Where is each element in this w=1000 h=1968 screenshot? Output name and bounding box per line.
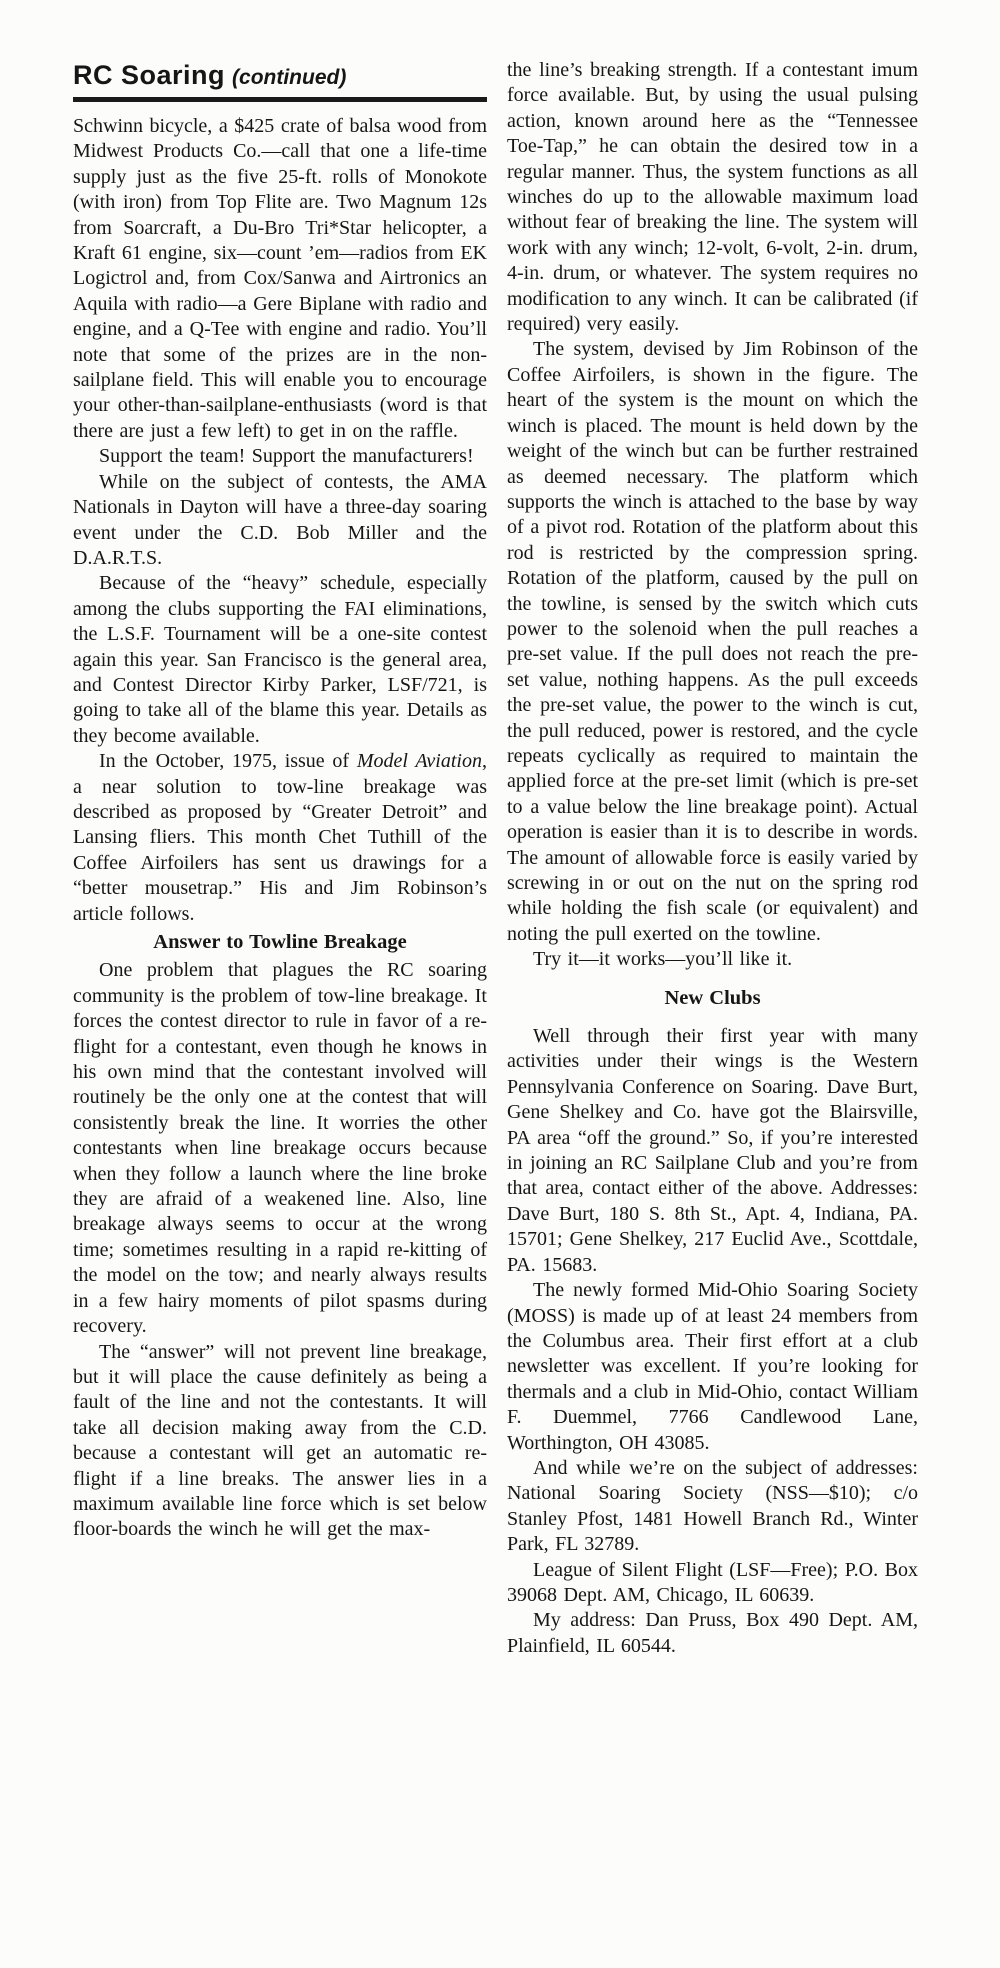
paragraph: Well through their first year with many … [507,1024,918,1278]
paragraph-text: , a near solution to tow-line breakage w… [73,750,487,924]
paragraph: Try it—it works—you’ll like it. [507,947,918,972]
section-heading-new-clubs: New Clubs [507,986,918,1011]
page-title: RC Soaring [73,60,225,90]
continued-label: (continued) [232,66,346,89]
paragraph: Schwinn bicycle, a $425 crate of balsa w… [73,114,487,444]
right-column: the line’s breaking strength. If a conte… [507,58,918,1659]
paragraph: And while we’re on the subject of addres… [507,1456,918,1558]
paragraph: My address: Dan Pruss, Box 490 Dept. AM,… [507,1608,918,1659]
paragraph-text: In the October, 1975, issue of [99,750,357,772]
paragraph: League of Silent Flight (LSF—Free); P.O.… [507,1558,918,1609]
paragraph: the line’s breaking strength. If a conte… [507,58,918,337]
left-column: RC Soaring(continued) Schwinn bicycle, a… [73,60,487,1543]
article-header: RC Soaring(continued) [73,60,487,102]
magazine-page: RC Soaring(continued) Schwinn bicycle, a… [0,0,1000,1968]
paragraph: Because of the “heavy” schedule, especia… [73,571,487,749]
section-heading-towline: Answer to Towline Breakage [73,930,487,955]
paragraph: The “answer” will not prevent line break… [73,1340,487,1543]
paragraph: The system, devised by Jim Robinson of t… [507,337,918,947]
paragraph: In the October, 1975, issue of Model Avi… [73,749,487,927]
paragraph: Support the team! Support the manufactur… [73,444,487,469]
paragraph: The newly formed Mid-Ohio Soaring Societ… [507,1278,918,1456]
paragraph: While on the subject of contests, the AM… [73,470,487,572]
paragraph: One problem that plagues the RC soaring … [73,958,487,1339]
publication-name: Model Aviation [357,750,482,772]
